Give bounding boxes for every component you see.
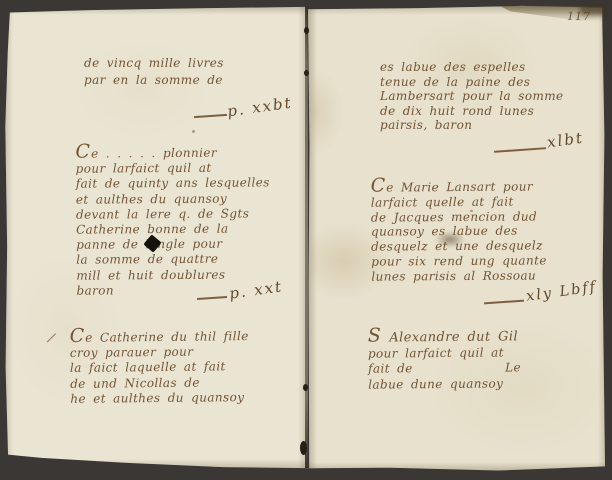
entry-line: par en la somme de	[84, 72, 224, 89]
entry-line: fait de quinty ans lesquelles	[76, 176, 270, 193]
entry-line: pour larfaict quil at	[368, 345, 518, 362]
left-entry-1: de vincq mille livres par en la somme de	[84, 55, 224, 88]
paper-speck	[470, 210, 473, 212]
gutter-stitch-dot	[304, 27, 309, 34]
entry-line: fait de	[368, 361, 413, 375]
entry-line: Ce . . . . . plonnier	[75, 143, 269, 162]
entry-line: Lambersart pour la somme	[380, 89, 564, 104]
ink-smudge	[435, 231, 465, 248]
entry-line: et aulthes du quansoy	[76, 191, 270, 208]
paper-speck	[224, 395, 226, 397]
left-entry-3: Ce Catherine du thil fille croy parauer …	[70, 327, 250, 407]
entry-line: mill et huit doublures	[76, 267, 270, 284]
entry-line: larfaict quelle at fait	[371, 194, 547, 210]
entry-line: labue dune quansoy	[368, 376, 518, 393]
entry-line: devant la lere q. de Sgts	[76, 206, 270, 223]
folio-number: 117	[567, 10, 591, 23]
entry-line: la somme de quattre	[76, 252, 270, 269]
gutter-stitch-dot	[304, 70, 309, 76]
entry-line: pairsis, baron	[380, 118, 564, 133]
entry-line-fragment: Le	[505, 361, 521, 377]
entry-line: de Jacques mencion dud	[371, 209, 547, 225]
entry-line: la faict laquelle at fait	[70, 359, 249, 376]
paper-speck	[192, 130, 195, 133]
entry-line: he et aulthes du quansoy	[70, 390, 249, 407]
entry-line: de vincq mille livres	[84, 55, 224, 72]
entry-line: tenue de la paine des	[380, 75, 564, 90]
right-entry-3: S Alexandre dut Gil pour larfaict quil a…	[368, 327, 519, 393]
manuscript-scan: 117 de vincq mille livres par en la somm…	[0, 0, 612, 480]
left-entry-2: Ce . . . . . plonnier pour larfaict quil…	[75, 143, 270, 298]
right-entry-1: es labue des espelles tenue de la paine …	[380, 60, 564, 133]
gutter-stitch-dot	[300, 441, 307, 455]
entry-line: panne de langle pour	[76, 237, 270, 254]
entry-line: pour larfaict quil at	[76, 161, 270, 178]
entry-line: pour six rend ung quante	[371, 253, 547, 269]
entry-line: Catherine bonne de la	[76, 221, 270, 238]
entry-line: Ce Marie Lansart pour	[371, 177, 547, 195]
entry-line: S Alexandre dut Gil	[368, 327, 518, 346]
entry-line: Ce Catherine du thil fille	[70, 327, 249, 346]
entry-line: de dix huit rond lunes	[380, 104, 564, 119]
right-entry-2: Ce Marie Lansart pour larfaict quelle at…	[371, 177, 547, 284]
gutter-stitch-dot	[303, 384, 308, 391]
entry-line: lunes parisis al Rossoau	[371, 268, 547, 284]
entry-line: es labue des espelles	[380, 60, 564, 75]
